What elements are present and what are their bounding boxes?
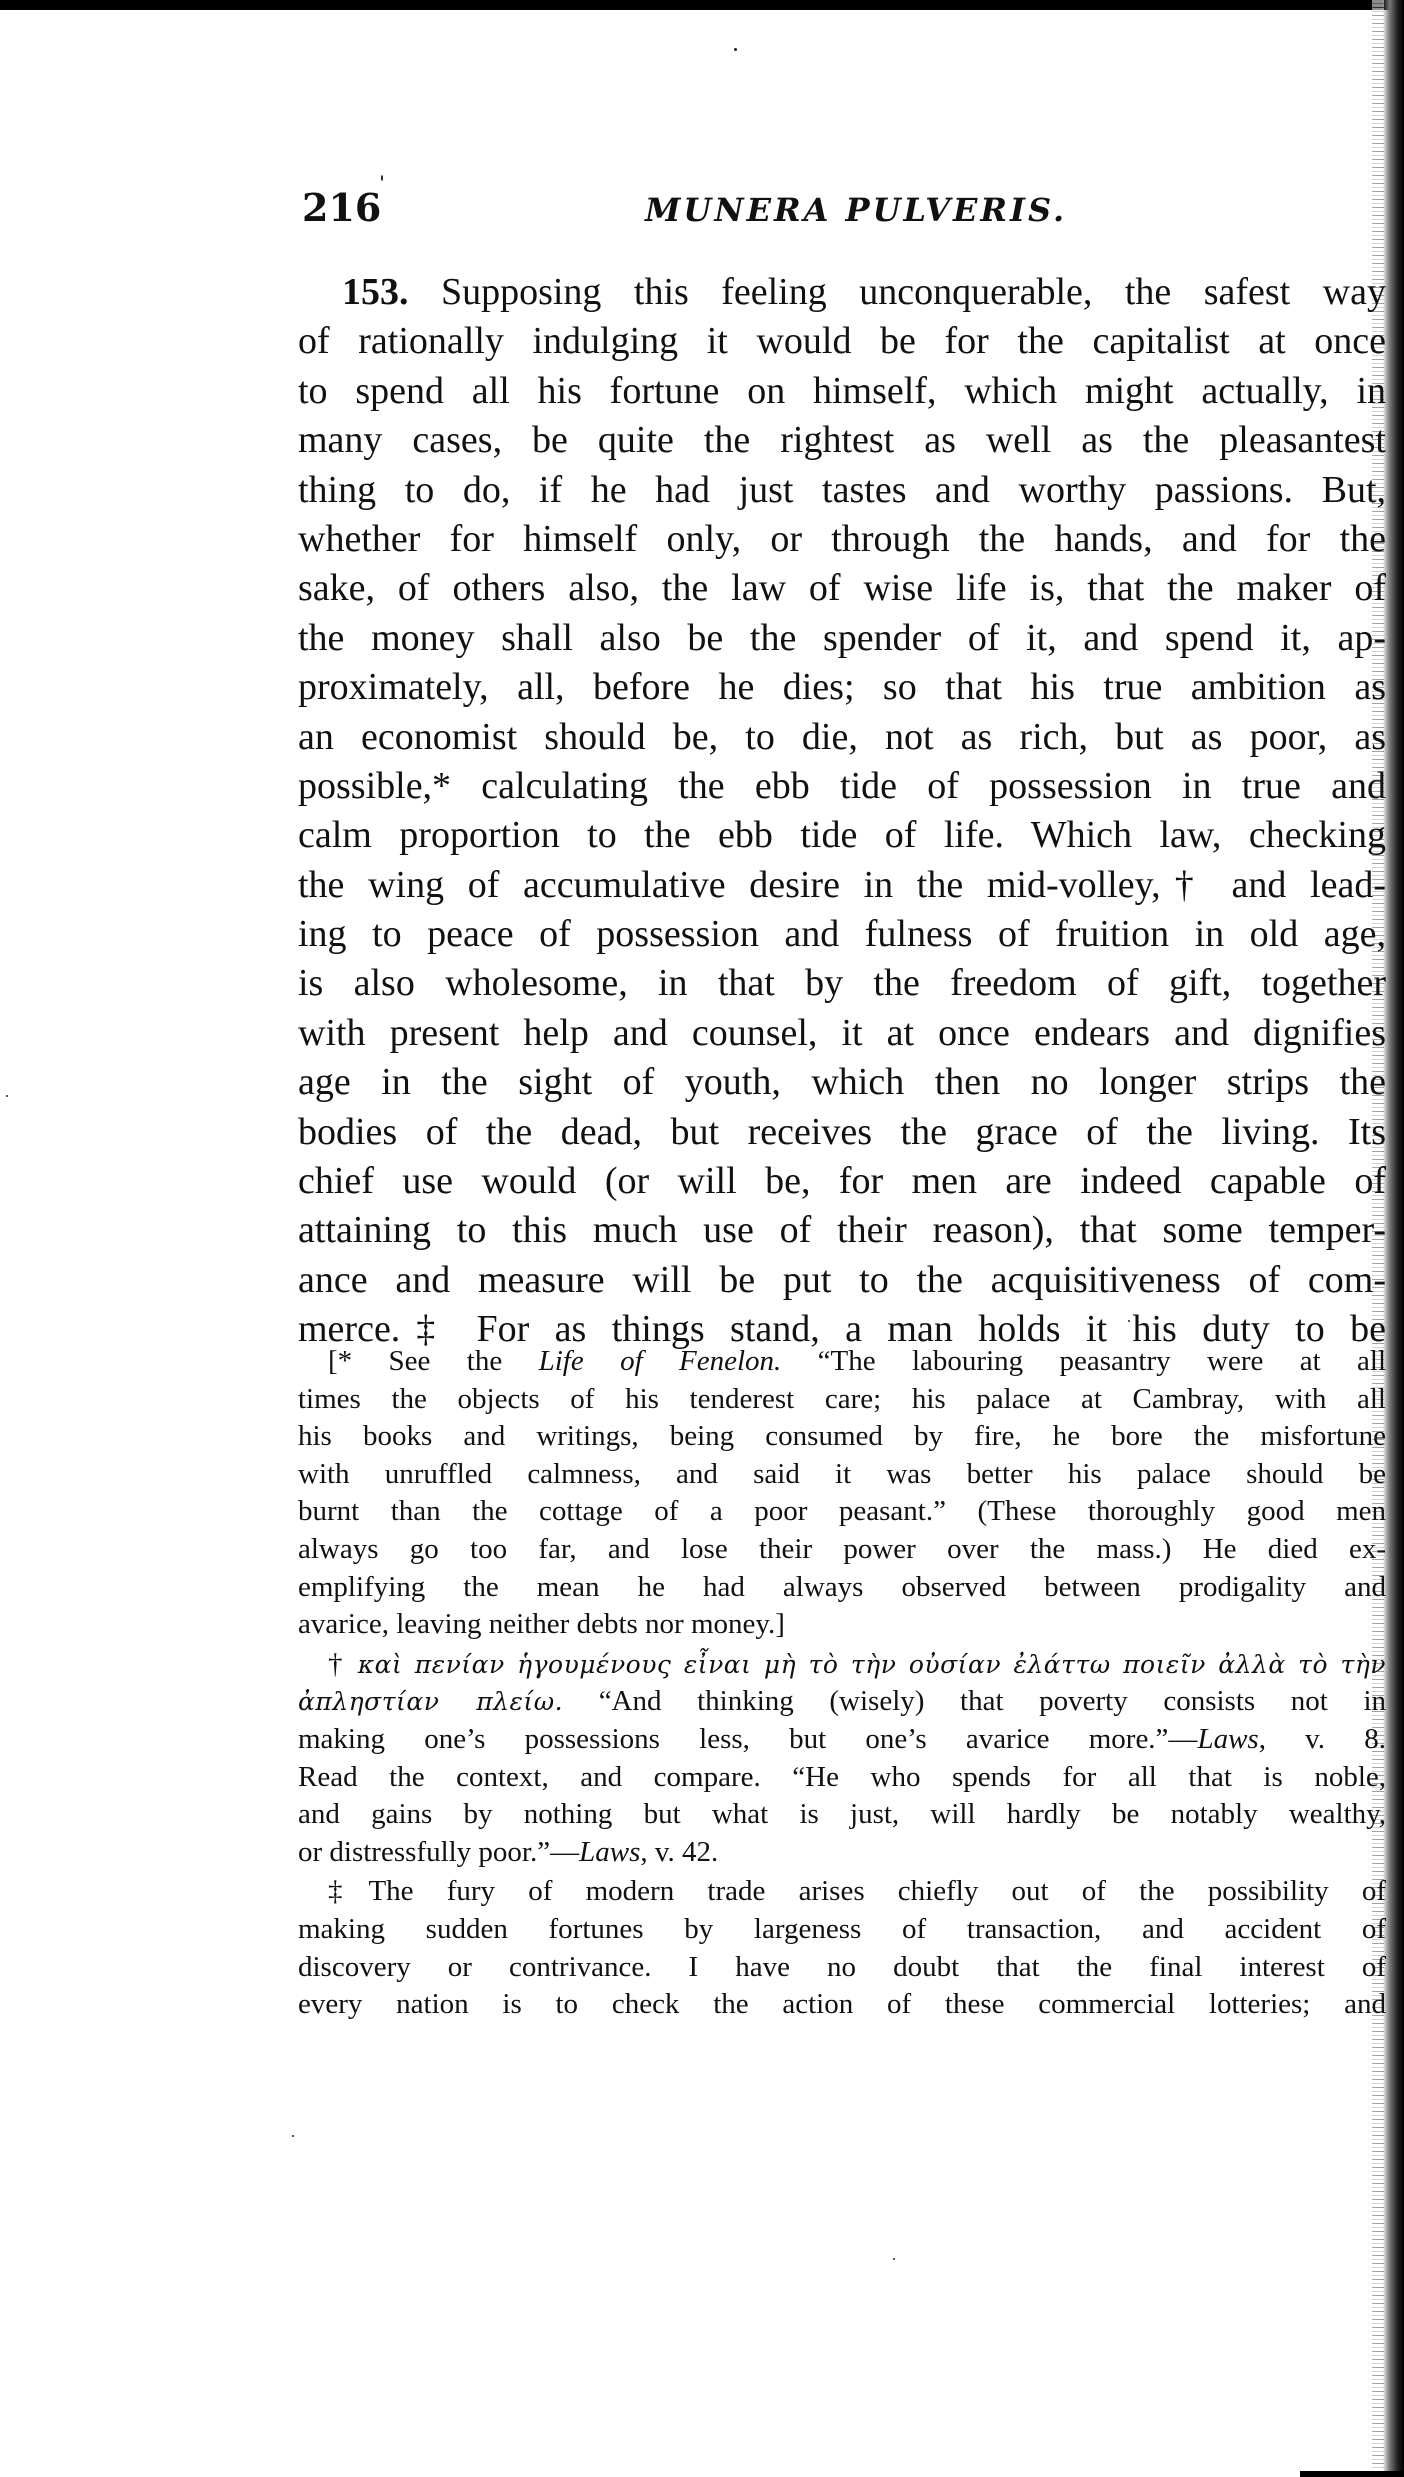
footnote-line: emplifying the mean he had always observ…	[298, 1569, 1386, 1607]
footnote-line: every nation is to check the action of t…	[298, 1986, 1386, 2024]
scan-speck	[292, 2135, 294, 2137]
footnote-line: with unruffled calmness, and said it was…	[298, 1456, 1386, 1494]
footnote-line: ‡The fury of modern trade arises chiefly…	[298, 1873, 1386, 1911]
footnotes: [* See the Life of Fenelon. “The labouri…	[298, 1343, 1386, 2026]
footnote-line: † καὶ πενίαν ἡγουμένους εἶναι μὴ τὸ τὴν …	[298, 1646, 1386, 1684]
footnote-line: Read the context, and compare. “He who s…	[298, 1759, 1386, 1797]
footnote-marker: [*	[328, 1345, 352, 1377]
scan-speck	[381, 175, 383, 181]
scan-speck	[893, 2258, 895, 2260]
footnote-line: his books and writings, being consumed b…	[298, 1418, 1386, 1456]
footnote-asterisk: [* See the Life of Fenelon. “The labouri…	[298, 1343, 1386, 1644]
text-line: many cases, be quite the rightest as wel…	[298, 416, 1386, 465]
text-line: the wing of accumulative desire in the m…	[298, 861, 1386, 910]
text-line: whether for himself only, or through the…	[298, 515, 1386, 564]
text-line: ance and measure will be put to the acqu…	[298, 1256, 1386, 1305]
greek-quotation: καὶ πενίαν ἡγουμένους εἶναι μὴ τὸ τὴν οὐ…	[358, 1650, 1386, 1679]
text-line: chief use would (or will be, for men are…	[298, 1157, 1386, 1206]
text-line: 153. Supposing this feeling unconquerabl…	[298, 268, 1386, 317]
text-line: sake, of others also, the law of wise li…	[298, 564, 1386, 613]
text-line: possible,* calculating the ebb tide of p…	[298, 762, 1386, 811]
footnote-line: and gains by nothing but what is just, w…	[298, 1796, 1386, 1834]
text-line: ing to peace of possession and fulness o…	[298, 910, 1386, 959]
text-line: an economist should be, to die, not as r…	[298, 713, 1386, 762]
footnote-line: or distressfully poor.”—Laws, v. 42.	[298, 1834, 1386, 1872]
scan-bottom-corner	[1300, 2471, 1404, 2477]
greek-quotation: ἀπληστίαν πλείω.	[298, 1687, 563, 1716]
paragraph-number: 153.	[342, 271, 409, 313]
footnote-line: always go too far, and lose their power …	[298, 1531, 1386, 1569]
text-line: is also wholesome, in that by the freedo…	[298, 959, 1386, 1008]
main-text: 153. Supposing this feeling unconquerabl…	[298, 268, 1386, 1355]
text-line: thing to do, if he had just tastes and w…	[298, 466, 1386, 515]
footnote-line: discovery or contrivance. I have no doub…	[298, 1949, 1386, 1987]
footnote-marker: ‡	[328, 1875, 368, 1907]
scan-top-border	[0, 0, 1404, 10]
footnote-line: making one’s possessions less, but one’s…	[298, 1721, 1386, 1759]
cited-work-title: Laws	[579, 1836, 640, 1868]
footnote-line: avarice, leaving neither debts nor money…	[298, 1606, 1386, 1644]
footnote-line: burnt than the cottage of a poor peasant…	[298, 1493, 1386, 1531]
footnote-dagger: † καὶ πενίαν ἡγουμένους εἶναι μὴ τὸ τὴν …	[298, 1646, 1386, 1872]
text-line: with present help and counsel, it at onc…	[298, 1009, 1386, 1058]
cited-work-title: Laws	[1197, 1723, 1258, 1755]
footnote-marker: †	[328, 1648, 347, 1680]
running-head-title: MUNERA PULVERIS.	[645, 190, 1045, 230]
cited-work-title: Life of Fenelon.	[539, 1345, 782, 1377]
text-line: proximately, all, before he dies; so tha…	[298, 663, 1386, 712]
footnote-line: ἀπληστίαν πλείω. “And thinking (wisely) …	[298, 1683, 1386, 1721]
text-line: the money shall also be the spender of i…	[298, 614, 1386, 663]
text-line: calm proportion to the ebb tide of life.…	[298, 811, 1386, 860]
footnote-line: making sudden fortunes by largeness of t…	[298, 1911, 1386, 1949]
text-line: bodies of the dead, but receives the gra…	[298, 1108, 1386, 1157]
page-number: 216	[302, 186, 381, 230]
text-line: of rationally indulging it would be for …	[298, 317, 1386, 366]
scan-speck	[734, 48, 737, 51]
text-line: attaining to this much use of their reas…	[298, 1206, 1386, 1255]
footnote-double-dagger: ‡The fury of modern trade arises chiefly…	[298, 1873, 1386, 2023]
footnote-line: [* See the Life of Fenelon. “The labouri…	[298, 1343, 1386, 1381]
text-line: to spend all his fortune on himself, whi…	[298, 367, 1386, 416]
scan-speck	[6, 1095, 8, 1097]
footnote-line: times the objects of his tenderest care;…	[298, 1381, 1386, 1419]
text-line: age in the sight of youth, which then no…	[298, 1058, 1386, 1107]
